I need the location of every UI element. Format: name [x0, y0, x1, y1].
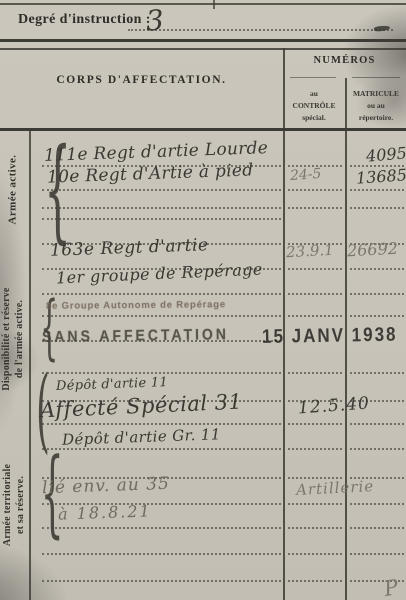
row-line	[288, 207, 342, 209]
entry-controle: 24-5	[289, 166, 321, 184]
row-line	[350, 527, 404, 529]
row-line	[42, 293, 281, 295]
entry-corps: Dépôt d'artie 11	[56, 375, 168, 394]
entry-matricule: 4095	[365, 143, 406, 165]
entry-matricule: 26692	[347, 239, 399, 261]
row-line	[42, 315, 281, 317]
row-line	[42, 207, 281, 209]
label-column-line	[29, 130, 31, 600]
matricule-header-line3: répertoire.	[346, 112, 406, 124]
entry-controle: 23.9.1	[286, 241, 335, 261]
row-line	[288, 268, 342, 270]
row-line	[288, 503, 342, 505]
row-line	[42, 423, 281, 425]
row-line	[42, 218, 281, 220]
row-line	[288, 423, 342, 425]
subheader-rule-left	[290, 77, 336, 78]
row-line	[350, 423, 404, 425]
row-line	[288, 189, 342, 191]
row-line	[42, 553, 281, 555]
controle-header-line2: CONTRÔLE	[284, 100, 344, 112]
matricule-column-header: MATRICULE ou au répertoire.	[346, 88, 406, 124]
degre-instruction-label: Degré d'instruction :	[18, 12, 151, 28]
row-line	[288, 527, 342, 529]
row-line	[42, 189, 281, 191]
section-label-line1: Disponibilité et réserve	[0, 238, 13, 440]
row-line	[350, 372, 404, 374]
section-label-line2: de l'armée active.	[13, 238, 26, 440]
row-line	[288, 372, 342, 374]
row-line	[288, 293, 342, 295]
controle-header-line1: au	[284, 88, 344, 100]
row-line	[42, 372, 281, 374]
row-line	[288, 580, 342, 582]
section-label-armee-active: Armée active.	[7, 134, 22, 246]
entry-corps: Affecté Spécial 31	[40, 390, 243, 423]
table-top-rule	[0, 48, 406, 50]
row-line	[350, 315, 404, 317]
row-line	[42, 580, 281, 582]
entry-corps: 163e Regt d'artie	[50, 235, 209, 261]
controle-column-header: au CONTRÔLE spécial.	[284, 88, 344, 124]
entry-corps: à 18.8.21	[58, 501, 152, 523]
section-label-territoriale: Armée territoriale et sa réserve.	[1, 429, 27, 581]
section-label-line1: Armée territoriale	[1, 429, 14, 581]
row-line	[288, 448, 342, 450]
matricule-header-line2: ou au	[346, 100, 406, 112]
row-line	[350, 448, 404, 450]
row-line	[350, 207, 404, 209]
section-label-line: Armée active.	[7, 134, 19, 246]
entry-numero: Artillerie	[296, 477, 375, 499]
matricule-header-line1: MATRICULE	[346, 88, 406, 100]
row-line	[350, 268, 404, 270]
row-line	[350, 189, 404, 191]
date-stamp: 15 JANV 1938	[262, 323, 398, 348]
controle-column-line	[283, 48, 285, 600]
section-divider-rule	[0, 39, 406, 42]
row-line	[350, 293, 404, 295]
row-line	[288, 553, 342, 555]
section-label-disponibilite: Disponibilité et réserve de l'armée acti…	[0, 238, 26, 440]
corps-affectation-header: CORPS D'AFFECTATION.	[0, 74, 283, 86]
row-line	[350, 503, 404, 505]
scanned-document-page: Degré d'instruction : 3 CORPS D'AFFECTAT…	[0, 0, 406, 600]
row-line	[288, 315, 342, 317]
row-line	[42, 448, 281, 450]
degre-handwritten-value: 3	[145, 3, 165, 37]
pencil-initial-mark: P	[382, 575, 400, 600]
entry-matricule: 13685	[355, 165, 406, 188]
section-label-line2: et sa réserve.	[14, 429, 27, 581]
controle-header-line3: spécial.	[284, 112, 344, 124]
entry-corps: 1er groupe de Repérage	[56, 260, 263, 288]
sans-affectation-stamp: SANS AFFECTATION	[42, 325, 229, 345]
row-line	[42, 527, 281, 529]
row-line	[350, 553, 404, 555]
numeros-header: NUMÉROS	[283, 55, 406, 66]
entry-corps: Dépôt d'artie Gr. 11	[62, 425, 221, 449]
subheader-rule-right	[352, 77, 400, 78]
entry-numero: 12.5.40	[297, 394, 370, 419]
degre-dotted-leader	[128, 29, 393, 31]
unit-stamp: 8e Groupe Autonome de Repérage	[46, 299, 226, 312]
top-tick-mark	[213, 0, 215, 9]
entry-corps: lié env. au 35	[42, 474, 170, 498]
top-rule	[0, 3, 406, 5]
